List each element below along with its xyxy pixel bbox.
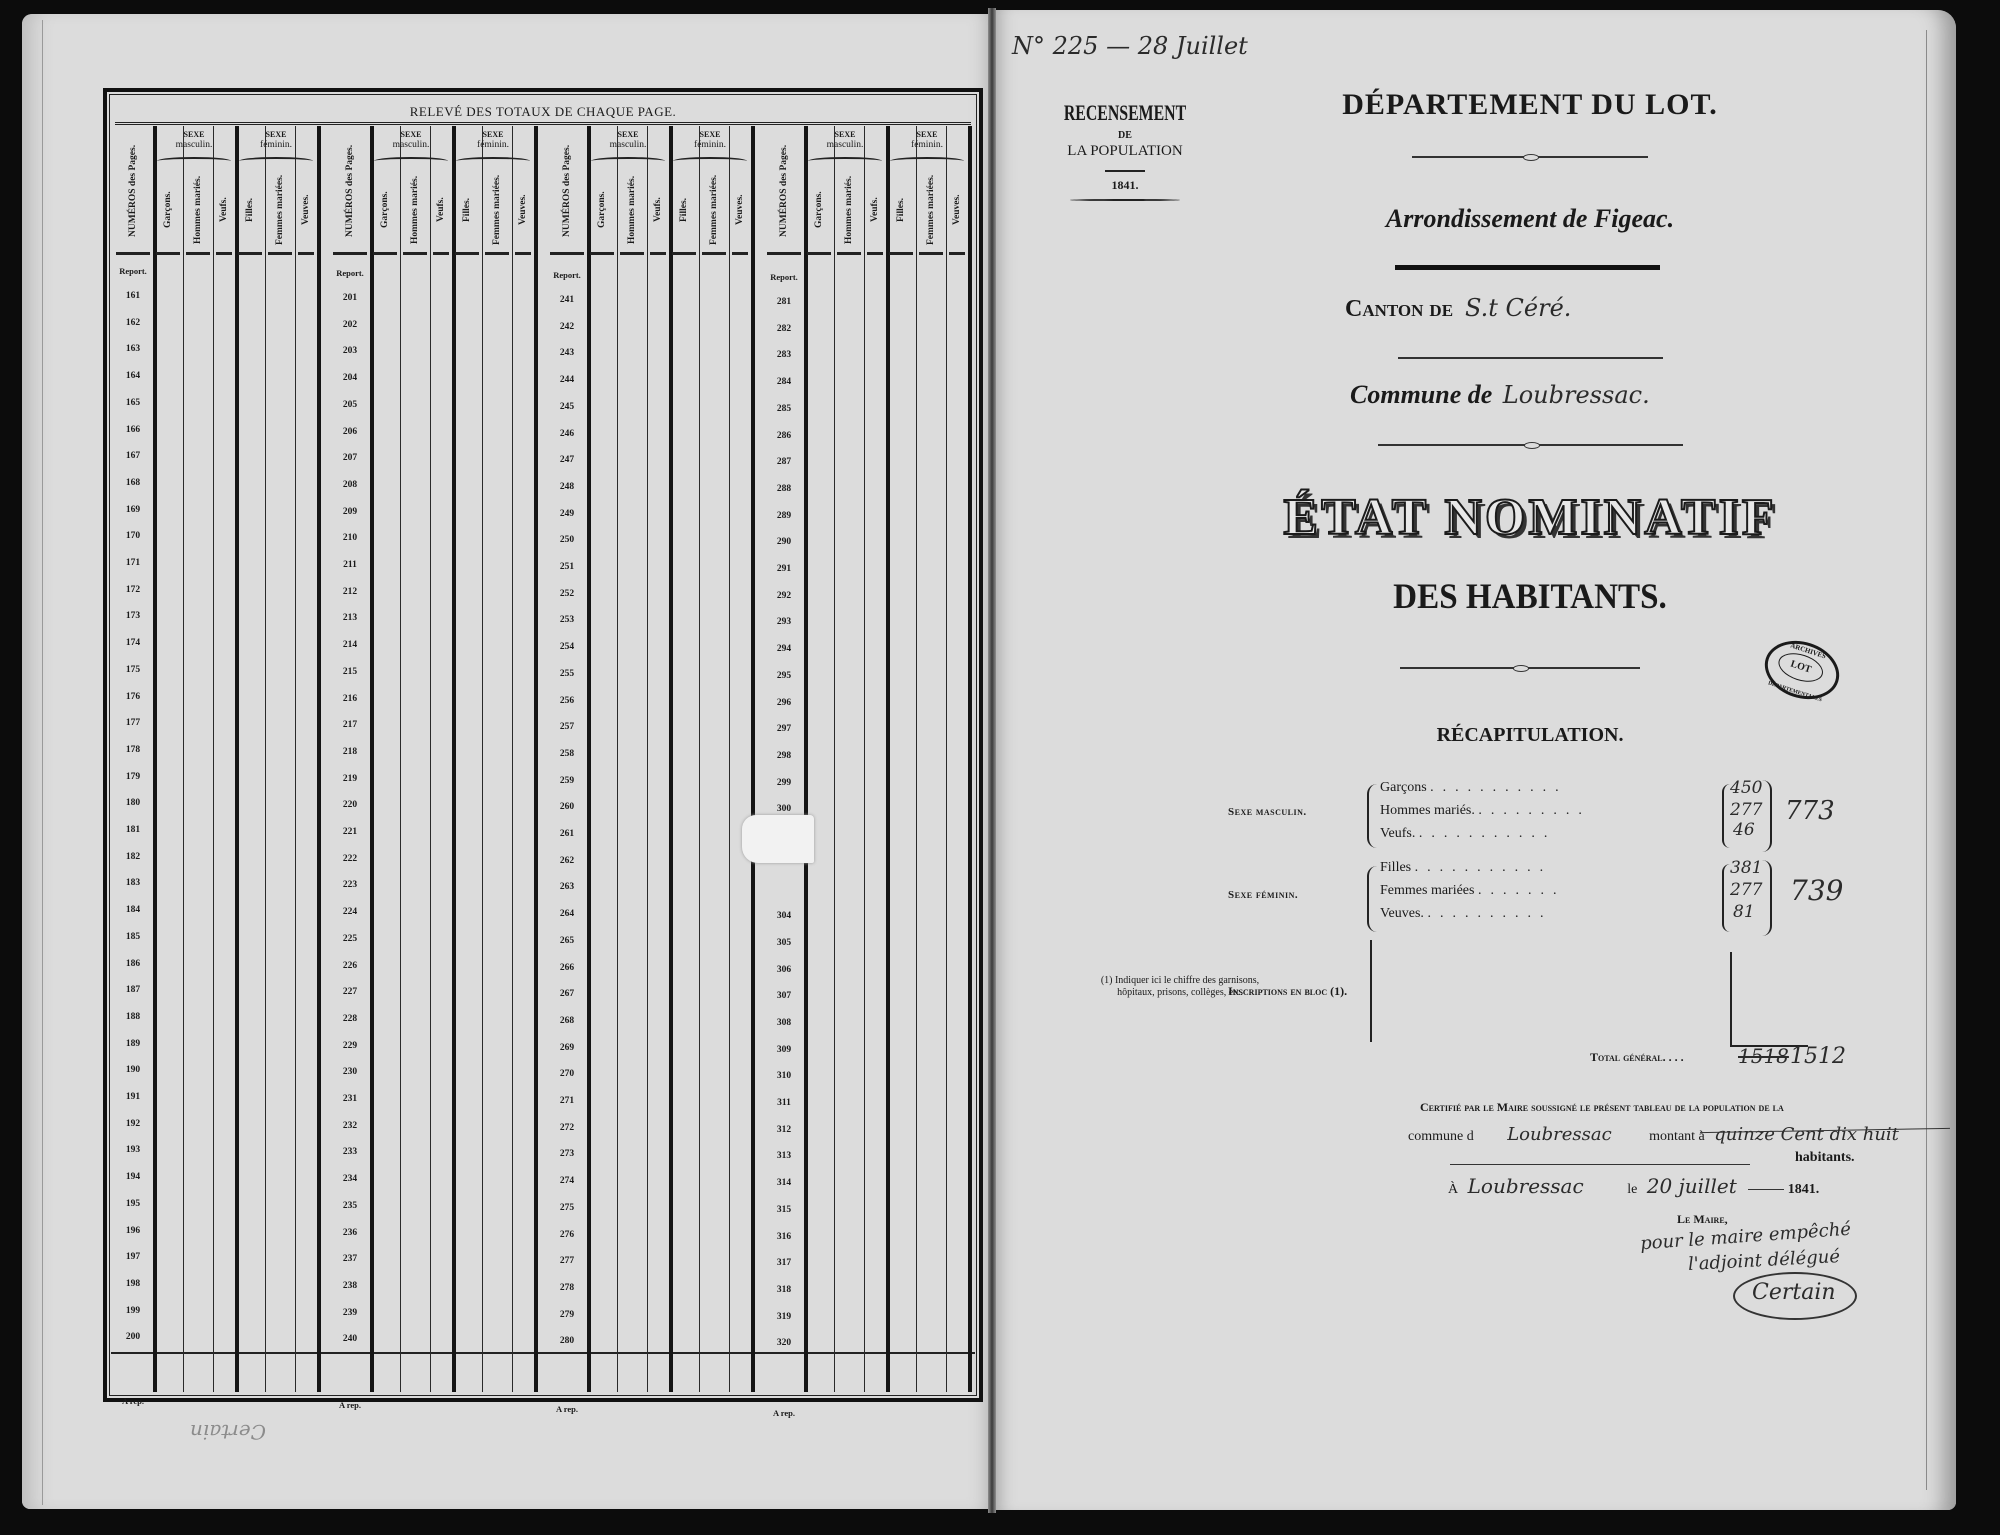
carry-label: A rep. — [547, 1404, 587, 1414]
brace — [591, 157, 665, 165]
commune-label: Commune de — [1350, 380, 1492, 409]
page-number: 230 — [330, 1067, 370, 1077]
brace — [456, 157, 530, 165]
page-number: 208 — [330, 480, 370, 490]
header-rule — [373, 252, 397, 255]
page-number: 290 — [764, 537, 804, 547]
header-rule — [590, 252, 614, 255]
page-number: 313 — [764, 1151, 804, 1161]
page-number: 265 — [547, 936, 587, 946]
header-sexe-masculin: SEXEmasculin. — [370, 130, 452, 150]
page-number: 177 — [113, 718, 153, 728]
page-number: 273 — [547, 1149, 587, 1159]
brace — [239, 157, 313, 165]
page-number: 215 — [330, 667, 370, 677]
page-number: 283 — [764, 350, 804, 360]
bracket — [1367, 866, 1377, 932]
page-number: 170 — [113, 531, 153, 541]
page-number: 220 — [330, 800, 370, 810]
page-number: 316 — [764, 1232, 804, 1242]
canton-line: Canton de S.t Céré. — [1345, 294, 1571, 323]
page-number: 263 — [547, 882, 587, 892]
page-number: 200 — [113, 1332, 153, 1342]
page-number: 270 — [547, 1069, 587, 1079]
header-rule — [837, 252, 861, 255]
page-number: 199 — [113, 1306, 153, 1316]
page-number: 269 — [547, 1043, 587, 1053]
header-rule — [732, 252, 748, 255]
carry-label: A rep. — [764, 1408, 804, 1418]
des-habitants-title: DES HABITANTS. — [1272, 575, 1787, 617]
page-edge-line — [42, 20, 43, 1505]
header-rule — [867, 252, 883, 255]
header-rule — [702, 252, 726, 255]
bracket — [1762, 860, 1772, 936]
arrondissement: Arrondissement de Figeac. — [1250, 204, 1810, 234]
a-label: À — [1448, 1182, 1458, 1197]
canton-value: S.t Céré. — [1465, 294, 1571, 322]
page-number: 178 — [113, 745, 153, 755]
page-number: 246 — [547, 429, 587, 439]
page-number: 262 — [547, 856, 587, 866]
date-value: 20 juillet — [1647, 1174, 1737, 1198]
header-sexe-masculin: SEXEmasculin. — [587, 130, 669, 150]
certification-line: Certifié par le Maire soussigné le prése… — [1420, 1100, 1784, 1116]
page-number: 221 — [330, 827, 370, 837]
table-block: NUMÉROS des Pages.Garçons.Hommes mariés.… — [113, 126, 330, 1392]
page-number: 191 — [113, 1092, 153, 1102]
header-rule — [807, 252, 831, 255]
certification-date-line: À Loubressac le 20 juillet 1841. — [1448, 1174, 1819, 1198]
header-sexe-masculin: SEXEmasculin. — [804, 130, 886, 150]
page-number: 247 — [547, 455, 587, 465]
table-column — [834, 126, 865, 1392]
page-number: 180 — [113, 798, 153, 808]
page-number: 198 — [113, 1279, 153, 1289]
page-number: 194 — [113, 1172, 153, 1182]
bracket — [1762, 780, 1772, 852]
total-value: 1512 — [1790, 1044, 1846, 1069]
header-sexe-feminin: SEXEféminin. — [235, 130, 317, 150]
header-column: Veuves. — [946, 170, 968, 250]
table-column — [699, 126, 730, 1392]
brace — [890, 157, 964, 165]
recensement-rule-bottom — [1070, 199, 1180, 201]
header-rule — [455, 252, 479, 255]
bracket — [1730, 952, 1732, 1046]
page-number: 268 — [547, 1016, 587, 1026]
header-rule — [433, 252, 449, 255]
commune-value: Loubressac. — [1503, 381, 1650, 409]
page-number: 299 — [764, 778, 804, 788]
recensement-de: DE — [1040, 130, 1210, 141]
page-number: 233 — [330, 1147, 370, 1157]
le-label: le — [1627, 1182, 1637, 1197]
header-page-numbers: NUMÉROS des Pages. — [113, 136, 153, 246]
page-number: 203 — [330, 346, 370, 356]
feminin-subtotal: 739 — [1790, 874, 1843, 907]
commune-label: commune d — [1408, 1129, 1474, 1144]
page-number: 282 — [764, 324, 804, 334]
recensement-rule — [1105, 170, 1145, 172]
header-column: Veuves. — [729, 170, 751, 250]
table-column — [886, 126, 917, 1392]
header-column: Femmes mariées. — [916, 170, 946, 250]
header-rule — [216, 252, 232, 255]
page-number: 181 — [113, 825, 153, 835]
page-number: 315 — [764, 1205, 804, 1215]
page-number: 217 — [330, 720, 370, 730]
header-rule — [550, 252, 584, 255]
page-number: 279 — [547, 1310, 587, 1320]
header-rule — [268, 252, 292, 255]
page-number: 193 — [113, 1145, 153, 1155]
page-number: 182 — [113, 852, 153, 862]
page-number: 204 — [330, 373, 370, 383]
table-column — [512, 126, 538, 1392]
inscriptions-label: Inscriptions en bloc (1). — [1228, 984, 1347, 999]
page-number: 314 — [764, 1178, 804, 1188]
header-rule — [156, 252, 180, 255]
department-title: DÉPARTEMENT DU LOT. — [1250, 88, 1810, 122]
page-number: 319 — [764, 1312, 804, 1322]
page-number: 298 — [764, 751, 804, 761]
filles-value: 381 — [1730, 858, 1762, 878]
header-column: Veufs. — [647, 170, 669, 250]
recap-item-veuves: Veuves. .......... — [1380, 906, 1552, 922]
page-number: 249 — [547, 509, 587, 519]
page-number: 201 — [330, 293, 370, 303]
page-number: 236 — [330, 1228, 370, 1238]
page-number: 307 — [764, 991, 804, 1001]
page-number: 305 — [764, 938, 804, 948]
page-number: 245 — [547, 402, 587, 412]
page-number: 318 — [764, 1285, 804, 1295]
table-block: NUMÉROS des Pages.Garçons.Hommes mariés.… — [330, 126, 547, 1392]
page-number: 291 — [764, 564, 804, 574]
page-number: 243 — [547, 348, 587, 358]
page-number: 240 — [330, 1334, 370, 1344]
header-rule — [403, 252, 427, 255]
header-sexe-masculin: SEXEmasculin. — [153, 130, 235, 150]
handwritten-stroke — [1450, 1164, 1750, 1165]
carry-label: A rep. — [330, 1400, 370, 1410]
page-number: 294 — [764, 644, 804, 654]
header-column: Femmes mariées. — [482, 170, 512, 250]
header-rule — [186, 252, 210, 255]
table-column — [587, 126, 618, 1392]
page-number: 258 — [547, 749, 587, 759]
page-number: 241 — [547, 295, 587, 305]
page-number: 287 — [764, 457, 804, 467]
ornamental-rule — [1412, 156, 1648, 158]
header-column: Filles. — [669, 170, 699, 250]
header-column: Filles. — [235, 170, 265, 250]
page-number: 172 — [113, 585, 153, 595]
header-rule — [620, 252, 644, 255]
page-number: 257 — [547, 722, 587, 732]
page-number: 169 — [113, 505, 153, 515]
canton-label: Canton de — [1345, 296, 1453, 322]
page-number: 175 — [113, 665, 153, 675]
margin-note: Certain — [190, 1420, 266, 1444]
page-number: 167 — [113, 451, 153, 461]
table-block: NUMÉROS des Pages.Garçons.Hommes mariés.… — [764, 126, 981, 1392]
table-column — [265, 126, 296, 1392]
date-dash — [1748, 1189, 1784, 1190]
page-number: 213 — [330, 613, 370, 623]
page-number: 235 — [330, 1201, 370, 1211]
header-rule — [919, 252, 943, 255]
page-number: 277 — [547, 1256, 587, 1266]
report-label: Report. — [113, 266, 153, 276]
page-number: 228 — [330, 1014, 370, 1024]
header-column: Femmes mariées. — [699, 170, 729, 250]
page-number: 320 — [764, 1338, 804, 1348]
page-number: 206 — [330, 427, 370, 437]
page-number: 164 — [113, 371, 153, 381]
total-general-label: Total général. . . . — [1590, 1050, 1684, 1065]
page-number: 264 — [547, 909, 587, 919]
garcons-value: 450 — [1730, 778, 1762, 798]
page-number: 288 — [764, 484, 804, 494]
bracket — [1722, 784, 1730, 848]
page-number: 214 — [330, 640, 370, 650]
page-number: 218 — [330, 747, 370, 757]
totals-table: RELEVÉ DES TOTAUX DE CHAQUE PAGE. NUMÉRO… — [103, 88, 983, 1402]
page-number: 289 — [764, 511, 804, 521]
date-year: 1841. — [1788, 1182, 1820, 1197]
commune-line: Commune de Loubressac. — [1350, 380, 1650, 410]
header-column: Garçons. — [370, 170, 400, 250]
page-number: 229 — [330, 1041, 370, 1051]
table-block: NUMÉROS des Pages.Garçons.Hommes mariés.… — [547, 126, 764, 1392]
table-column — [183, 126, 214, 1392]
header-sexe-feminin: SEXEféminin. — [669, 130, 751, 150]
page-number: 242 — [547, 322, 587, 332]
bracket — [1370, 940, 1378, 1042]
montant-value: quinze Cent dix huit — [1714, 1124, 1899, 1145]
header-rule — [949, 252, 965, 255]
header-column: Veuves. — [295, 170, 317, 250]
header-page-numbers: NUMÉROS des Pages. — [330, 136, 370, 246]
page-number: 306 — [764, 965, 804, 975]
header-column: Garçons. — [804, 170, 834, 250]
page-number: 171 — [113, 558, 153, 568]
carry-label: A rep. — [113, 1396, 153, 1406]
page-number: 192 — [113, 1119, 153, 1129]
page-number: 190 — [113, 1065, 153, 1075]
page-number: 244 — [547, 375, 587, 385]
table-column — [370, 126, 401, 1392]
mayor-signature: Certain — [1752, 1280, 1836, 1305]
page-number: 281 — [764, 297, 804, 307]
page-number: 252 — [547, 589, 587, 599]
page-number: 222 — [330, 854, 370, 864]
page-number: 163 — [113, 344, 153, 354]
page-number: 317 — [764, 1258, 804, 1268]
page-number: 207 — [330, 453, 370, 463]
sexe-feminin-label: Sexe féminin. — [1228, 889, 1298, 901]
header-column: Veufs. — [213, 170, 235, 250]
sexe-masculin-label: Sexe masculin. — [1228, 806, 1307, 818]
habitants-label: habitants. — [1795, 1150, 1855, 1166]
table-column — [295, 126, 321, 1392]
page-number: 292 — [764, 591, 804, 601]
page-number: 216 — [330, 694, 370, 704]
page-number: 168 — [113, 478, 153, 488]
page-number: 237 — [330, 1254, 370, 1264]
header-page-numbers: NUMÉROS des Pages. — [764, 136, 804, 246]
page-number: 253 — [547, 615, 587, 625]
page-number: 225 — [330, 934, 370, 944]
page-number: 209 — [330, 507, 370, 517]
page-number: 162 — [113, 318, 153, 328]
book-spine — [988, 8, 996, 1513]
recensement-block: RECENSEMENT DE LA POPULATION 1841. — [1040, 100, 1210, 201]
header-column: Femmes mariées. — [265, 170, 295, 250]
paper-patch — [742, 815, 814, 863]
header-column: Filles. — [452, 170, 482, 250]
page-number: 224 — [330, 907, 370, 917]
page-number: 304 — [764, 911, 804, 921]
hommes-maries-value: 277 — [1730, 800, 1762, 820]
page-number: 212 — [330, 587, 370, 597]
certification-commune-line: commune d Loubressac montant à quinze Ce… — [1408, 1124, 1899, 1145]
table-column — [916, 126, 947, 1392]
page-number: 223 — [330, 880, 370, 890]
page-number: 232 — [330, 1121, 370, 1131]
header-rule — [672, 252, 696, 255]
page-number: 195 — [113, 1199, 153, 1209]
page-number: 187 — [113, 985, 153, 995]
header-column: Veufs. — [430, 170, 452, 250]
page-number: 256 — [547, 696, 587, 706]
bracket — [1722, 864, 1730, 932]
page-number: 311 — [764, 1098, 804, 1108]
recap-item-hommes-maries: Hommes mariés. ......... — [1380, 803, 1591, 819]
header-rule — [889, 252, 913, 255]
maire-label: Le Maire, — [1677, 1212, 1728, 1227]
header-rule — [298, 252, 314, 255]
page-number: 312 — [764, 1125, 804, 1135]
page-number: 188 — [113, 1012, 153, 1022]
place-value: Loubressac — [1468, 1174, 1584, 1198]
header-column: Hommes mariés. — [617, 170, 647, 250]
table-column — [946, 126, 972, 1392]
page-number: 197 — [113, 1252, 153, 1262]
page-number: 295 — [764, 671, 804, 681]
thin-rule — [1398, 357, 1663, 359]
page-number: 183 — [113, 878, 153, 888]
page-number: 179 — [113, 772, 153, 782]
header-rule — [515, 252, 531, 255]
header-rule — [238, 252, 262, 255]
page-number: 255 — [547, 669, 587, 679]
page-number: 189 — [113, 1039, 153, 1049]
recap-item-filles: Filles ........... — [1380, 860, 1552, 876]
page-number: 231 — [330, 1094, 370, 1104]
header-column: Garçons. — [153, 170, 183, 250]
page-number: 309 — [764, 1045, 804, 1055]
page-number: 285 — [764, 404, 804, 414]
page-number: 176 — [113, 692, 153, 702]
etat-nominatif-title: ÉTAT NOMINATIF — [1250, 488, 1810, 547]
page-number: 297 — [764, 724, 804, 734]
page-edge-line — [1926, 30, 1927, 1490]
page-number: 196 — [113, 1226, 153, 1236]
page-number: 238 — [330, 1281, 370, 1291]
ornamental-rule — [1378, 444, 1683, 446]
page-number: 296 — [764, 698, 804, 708]
page-number: 286 — [764, 431, 804, 441]
table-column — [235, 126, 266, 1392]
page-number: 266 — [547, 963, 587, 973]
header-column: Filles. — [886, 170, 916, 250]
recap-item-femmes-mariees: Femmes mariées ....... — [1380, 883, 1565, 899]
header-column: Hommes mariés. — [834, 170, 864, 250]
page-number: 284 — [764, 377, 804, 387]
report-label: Report. — [764, 272, 804, 282]
page-number: 186 — [113, 959, 153, 969]
page-number: 166 — [113, 425, 153, 435]
thick-rule — [1395, 265, 1660, 270]
page-number: 260 — [547, 802, 587, 812]
table-column — [482, 126, 513, 1392]
page-number: 173 — [113, 611, 153, 621]
total-struck-value: 1518 — [1738, 1044, 1789, 1068]
page-number: 184 — [113, 905, 153, 915]
header-rule — [485, 252, 509, 255]
page-number: 293 — [764, 617, 804, 627]
femmes-mariees-value: 277 — [1730, 880, 1762, 900]
header-column: Veuves. — [512, 170, 534, 250]
header-rule — [333, 252, 367, 255]
page-number: 259 — [547, 776, 587, 786]
page-number: 248 — [547, 482, 587, 492]
page-number: 210 — [330, 533, 370, 543]
veufs-value: 46 — [1733, 820, 1755, 840]
table-column — [153, 126, 184, 1392]
header-rule — [650, 252, 666, 255]
page-number: 174 — [113, 638, 153, 648]
page-number: 254 — [547, 642, 587, 652]
bracket — [1367, 784, 1377, 848]
page-number: 251 — [547, 562, 587, 572]
brace — [374, 157, 448, 165]
page-number: 261 — [547, 829, 587, 839]
header-column: Veufs. — [864, 170, 886, 250]
montant-label: montant à — [1649, 1129, 1705, 1144]
page-number: 310 — [764, 1071, 804, 1081]
page-number: 161 — [113, 291, 153, 301]
recensement-population: LA POPULATION — [1040, 143, 1210, 160]
page-number: 271 — [547, 1096, 587, 1106]
handwritten-reference: N° 225 — 28 Juillet — [1012, 32, 1248, 60]
page-number: 272 — [547, 1123, 587, 1133]
page-number: 205 — [330, 400, 370, 410]
ornamental-rule — [1400, 667, 1640, 669]
recensement-title: RECENSEMENT — [1064, 100, 1186, 126]
page-number: 219 — [330, 774, 370, 784]
header-column: Hommes mariés. — [183, 170, 213, 250]
page-number: 300 — [764, 804, 804, 814]
page-number: 280 — [547, 1336, 587, 1346]
header-page-numbers: NUMÉROS des Pages. — [547, 136, 587, 246]
header-rule — [116, 252, 150, 255]
page-number: 165 — [113, 398, 153, 408]
page-number: 267 — [547, 989, 587, 999]
